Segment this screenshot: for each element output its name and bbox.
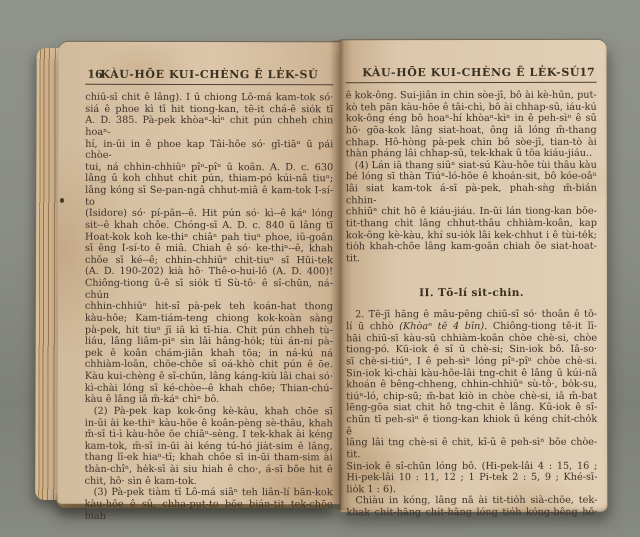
text-line: chhiūⁿ chit hō ê kiáu-jiáu. In-ūi lán ti… <box>346 206 597 218</box>
text-line: Hoat-kok koh ke-thiⁿ chiâⁿ pah tiuⁿ phoe… <box>85 231 333 243</box>
text-line: in-ūi ài ke-thiⁿ kàu-hōe ê koân-pèng sè-… <box>85 417 333 429</box>
text-line: bé lóng sī thàn Tiúⁿ-ló-hōe ê khoán-sit,… <box>346 171 597 183</box>
text-line: liáu, lâng liâm-piⁿ sìn lâi hâng-ho̍k; t… <box>85 336 333 348</box>
text-line: chit, hō· sìn ê kam-tok. <box>85 475 333 487</box>
text-line: hāi chiū-sī kàu-sū chhiàm-koân chòe chè-… <box>346 332 597 344</box>
text-line: hō· gōa-kok lâng siat-hoat, ông iā lóng … <box>346 125 597 137</box>
open-book: 16 KÀU-HŌE KUI-CHÈNG Ê LE̍K-SÚ chiū-sī c… <box>34 38 609 514</box>
left-header-rule <box>85 84 333 85</box>
text-line: lâng kóng sī Se-pan-ngâ chhut-miâ ê kam-… <box>85 185 333 209</box>
text-line: kàu-hōe; Kam-tiám-teng chiong kok-koàn s… <box>85 313 333 325</box>
right-page-number: 17 <box>579 66 594 79</box>
text-line: chūn tī peh-sìⁿ ê tiong-kan khiok ū kéng… <box>346 414 597 438</box>
right-page: KÀU-HŌE KUI-CHÈNG Ê LE̍K-SÚ 17 ê kok-ông… <box>340 40 608 512</box>
right-running-title: KÀU-HŌE KUI-CHÈNG Ê LE̍K-SÚ <box>362 66 580 79</box>
section-heading: II. Tō-lí sit-chin. <box>346 287 597 300</box>
text-line: Chiông-tiong ū-ê sī sio̍k tī Sù-tô· ê sî… <box>85 278 333 302</box>
text-line: sī chè-si-tiúⁿ, I ê peh-sìⁿ lóng pîⁿ-pîⁿ… <box>346 356 597 368</box>
left-page: 16 KÀU-HŌE KUI-CHÈNG Ê LE̍K-SÚ chiū-sī c… <box>58 42 341 504</box>
text-line: tit-thang chi̍t lâng chhut-thâu chhiàm-k… <box>346 218 597 230</box>
text-line: Hi-pek-lâi 10 : 11, 12 ; 1 Pi-tek 2 : 5,… <box>346 472 597 484</box>
text-line: pek ê koân chám-jiân khah tōa; in ná-kú … <box>85 348 333 360</box>
text-line: lâng lâi tng chè-si ê chit, kî-û ê peh-s… <box>346 437 597 461</box>
text-line: chhin-chhiūⁿ hit-sî pà-pek teh koán-hat … <box>85 301 333 313</box>
text-line: (A. D. 190-202) kià hō· Thê-o-hui-lô (A.… <box>85 266 333 278</box>
text-line: siá ê phoe kì tī hit tiong-kan, tē-it ch… <box>85 103 333 115</box>
text-line: kok-ông éng bô hoaⁿ-hí khòaⁿ-kìⁿ in ê pe… <box>346 113 597 125</box>
text-line: sit--ê khah chōe. Chóng-sī A. D. c. 840 … <box>85 220 333 232</box>
text-line: (Isidore) só· pí-pān--ê. Hit pún só· kì-… <box>85 208 333 220</box>
text-line: kàu ê lâng iā m̄-káⁿ chìⁿ bô. <box>85 394 333 406</box>
text-line: lí ū chhò (Khòaⁿ tē 4 bīn). Chiông-tiong… <box>346 321 597 333</box>
text-line: lio̍k 1 : 6). <box>346 484 597 496</box>
right-body-text-bottom: 2. Tē-jī hāng ê māu-pēng chiū-sī só· tho… <box>346 309 597 519</box>
left-running-title: KÀU-HŌE KUI-CHÈNG Ê LE̍K-SÚ <box>100 68 318 81</box>
text-line: sī ēng I-sí-to ê miâ. Chiah ê só· ke-thi… <box>85 243 333 255</box>
text-line: (3) Pà-pek tiàm tī Lô-má siâⁿ teh liân-l… <box>85 487 333 499</box>
text-line: Chiàu in kóng, lâng nā ài tit-tio̍h sià-… <box>346 495 597 507</box>
text-line: tui, ná chhin-chhiūⁿ pîⁿ-pîⁿ ū koân. A. … <box>85 162 333 174</box>
left-page-header: 16 KÀU-HŌE KUI-CHÈNG Ê LE̍K-SÚ <box>85 68 333 81</box>
text-line: thàn-chîⁿ, he̍k-sī ài siu hiah ê cho·, á… <box>85 464 333 476</box>
left-body-text: chiū-sī chit ê lâng). I ū chiong Lô-má k… <box>85 92 334 523</box>
right-page-header: KÀU-HŌE KUI-CHÈNG Ê LE̍K-SÚ 17 <box>346 66 597 79</box>
right-header-rule <box>346 82 597 83</box>
text-line: chōe sī ké--ê; chhin-chhiūⁿ chi̍t-tiuⁿ s… <box>85 255 333 267</box>
text-line: kok-ông kè-kàu, khí su-io̍k lâi kek-chhu… <box>346 229 597 241</box>
text-line: m̄-sī tì-ì kàu-hōe ōe chiâⁿ-sèng. I tek-… <box>85 429 333 441</box>
text-line: tiúⁿ-ló, chip-sū; m̄-bat kiò in chòe chè… <box>346 391 597 403</box>
text-line: hí, in-ūi in ê phoe kap Tâi-hōe só· gī-t… <box>85 138 333 162</box>
text-line: khoán ê bêng-chheng, chhin-chhiūⁿ sù-tô·… <box>346 379 597 391</box>
text-line: kò teh pān kàu-hōe ê tāi-chì, bô ài chha… <box>346 101 597 113</box>
text-line: chhap. Hô-hòng pà-pek chin bô sòe-jī, ti… <box>346 136 597 148</box>
text-line: (2) Pà-pek kap kok-ông kè-kàu, khah chōe… <box>85 406 333 418</box>
text-line: ê kok-ông. Sui-jiân in chin sòe-jī, bô à… <box>346 90 597 102</box>
text-line: lâi siat kam-tok á-sī pà-pek, phah-sǹg m… <box>346 183 597 207</box>
text-line: 2. Tē-jī hāng ê māu-pēng chiū-sī só· tho… <box>346 309 597 321</box>
text-line: kam-tok, m̄-sī in-ūi ài kéng tú-hó jia̍t… <box>85 441 333 453</box>
text-line: Kàu kui-chèng ê sî-chūn, lâng káng-kiù l… <box>85 371 333 383</box>
text-line: lēng-gōa siat chit hō tng-chit ê lâng. K… <box>346 402 597 414</box>
text-line: chiū-sī chit ê lâng). I ū chiong Lô-má k… <box>85 92 333 104</box>
text-line: Sin-iok ê sî-chūn lóng bô. (Hi-pek-lâi 4… <box>346 460 597 472</box>
text-line: chhiàm-loān, chōe-chōe sī oá-khò chit pú… <box>85 359 333 371</box>
text-line: A. D. 385. Pà-pek khòaⁿ-kìⁿ chit pún chh… <box>85 115 333 139</box>
text-line: tio̍h khah-chōe lâng kam-goān chiah ōe s… <box>346 241 597 265</box>
text-line: kì-chài lóng sī ké-chòe--ê khah chōe; Th… <box>85 382 333 394</box>
text-line: thang lī-ek hiaⁿ-tī; khah chōe sī in-ūi … <box>85 452 333 464</box>
text-line: pà-pek, hit tiuⁿ jī iā kì tī-hia. Chit p… <box>85 324 333 336</box>
left-page-number: 16 <box>87 68 102 81</box>
right-body-text-top: ê kok-ông. Sui-jiân in chin sòe-jī, bô à… <box>346 90 597 265</box>
text-line: (4) Lán iā thang siūⁿ siat-sú Kàu-hōe tù… <box>346 160 597 172</box>
page-blemish <box>60 198 64 203</box>
text-line: Sin-iok kì-chài kàu-hōe-lāi tng-chit ê l… <box>346 367 597 379</box>
text-line: kàu-hōe ê sū, chha-put-to bōe bián-tit t… <box>85 499 333 523</box>
text-line: lâng ū koh chhut chit pún, thiam-pó kúi-… <box>85 173 333 185</box>
text-line: khak chi̍t-hāng chi̍t-hāng lóng tio̍h kó… <box>346 507 597 519</box>
text-line: tiong-pó. Kū-iok ê sî ū chè-si; Sin-iok … <box>346 344 597 356</box>
text-line: thàn pháng lâi chhap-sū, tek-khak ū tōa … <box>346 148 597 160</box>
